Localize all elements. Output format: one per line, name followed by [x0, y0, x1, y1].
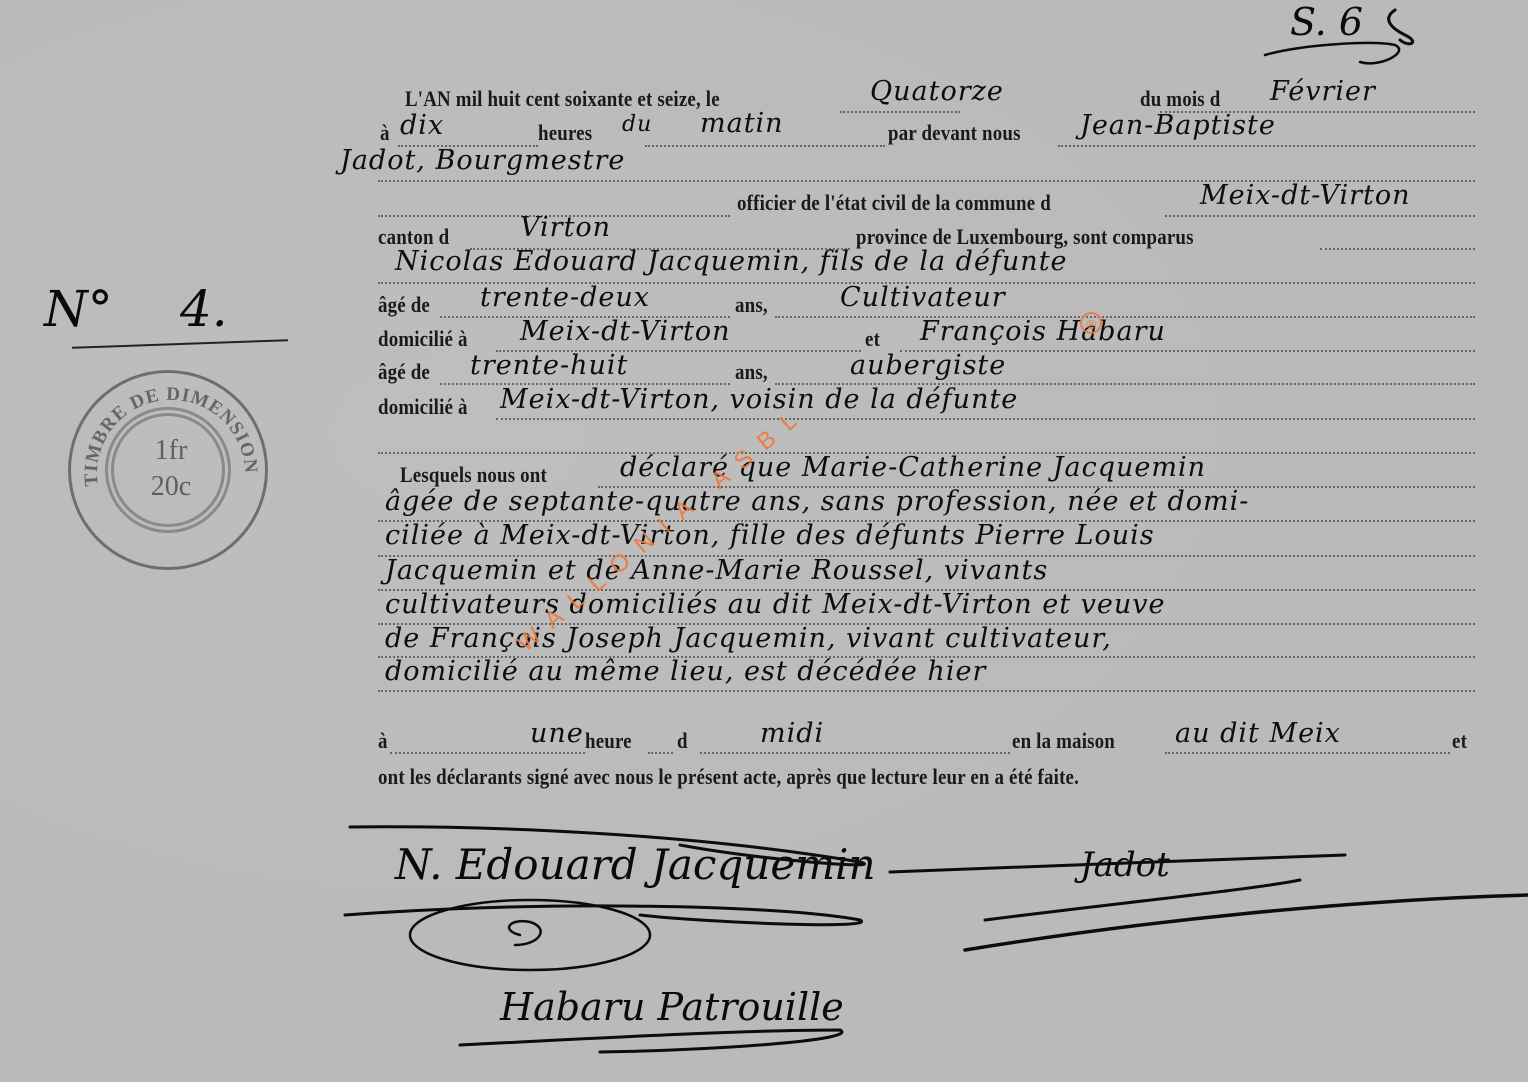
document-page: S. 6 N° 4. TIMBRE DE DIMENSION 1fr 20c: [0, 0, 1528, 1082]
signature-flourishes: [0, 0, 1528, 1082]
